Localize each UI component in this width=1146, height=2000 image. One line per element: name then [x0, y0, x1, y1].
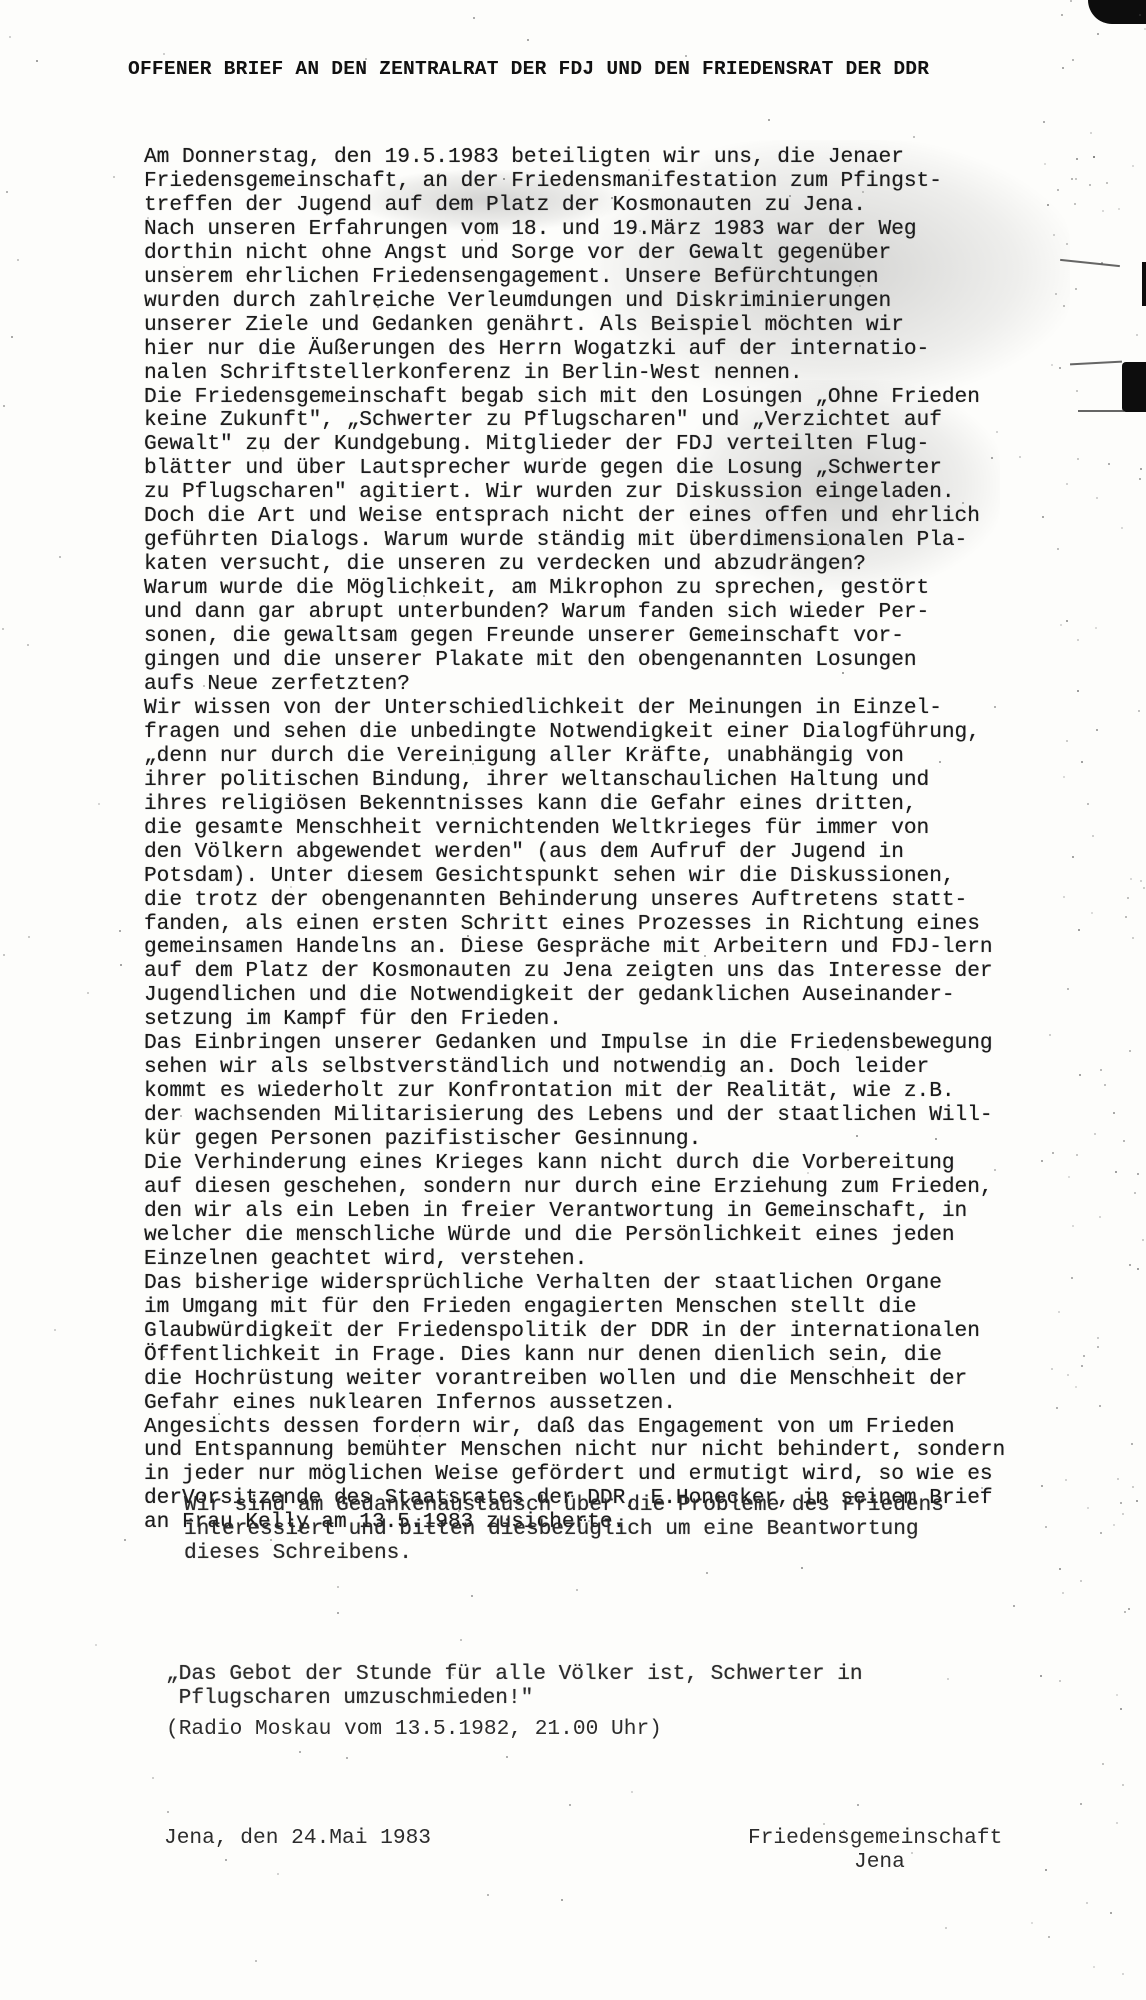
scan-speckle [1086, 1902, 1088, 1904]
scan-speckle [631, 1791, 633, 1793]
scan-speckle [1080, 1803, 1082, 1805]
body-text-line: dorthin nicht ohne Angst und Sorge vor d… [144, 242, 1124, 266]
scan-speckle [17, 259, 19, 261]
scan-speckle [1090, 132, 1092, 134]
closing-text-line: interessiert und bitten diesbezüglich um… [184, 1517, 944, 1541]
body-text-line: Warum wurde die Möglichkeit, am Mikropho… [144, 577, 1124, 601]
body-text-line: ihres religiösen Bekenntnisses kann die … [144, 793, 1124, 817]
body-text-line: Einzelnen geachtet wird, verstehen. [144, 1248, 1124, 1272]
closing-text-line: dieses Schreibens. [184, 1541, 944, 1565]
body-text-line: blätter und über Lautsprecher wurde gege… [144, 457, 1124, 481]
scan-speckle [1062, 1592, 1064, 1594]
body-text-line: Jugendlichen und die Notwendigkeit der g… [144, 984, 1124, 1008]
scan-speckle [1122, 1784, 1124, 1786]
closing-text-line: Wir sind am Gedankenaustausch über die P… [184, 1493, 944, 1517]
scan-speckle [255, 1960, 257, 1962]
quote-text-line: Pflugscharen umzuschmieden!" [166, 1686, 863, 1710]
scan-speckle [28, 936, 30, 938]
body-text-line: unserer Ziele und Gedanken genährt. Als … [144, 314, 1124, 338]
body-text-line: auf dem Platz der Kosmonauten zu Jena ze… [144, 960, 1124, 984]
body-text-line: Öffentlichkeit in Frage. Dies kann nur d… [144, 1344, 1124, 1368]
scan-speckle [11, 336, 13, 338]
scan-speckle [1131, 1443, 1133, 1445]
body-text-line: Wir wissen von der Unterschiedlichkeit d… [144, 697, 1124, 721]
scan-speckle [98, 803, 100, 805]
body-text-line: ihrer politischen Bindung, ihrer weltans… [144, 769, 1124, 793]
scan-speckle [1125, 916, 1127, 918]
scan-speckle [460, 1639, 462, 1641]
scan-speckle [527, 39, 529, 41]
scan-speckle [36, 60, 38, 62]
scan-speckle [1110, 1912, 1112, 1914]
body-text-line: Gefahr eines nuklearen Infernos aussetze… [144, 1392, 1124, 1416]
scan-speckle [27, 644, 29, 646]
body-text-line: sehen wir als selbstverständlich und not… [144, 1056, 1124, 1080]
body-text-line: gingen und die unserer Plakate mit den o… [144, 649, 1124, 673]
scan-speckle [857, 1804, 859, 1806]
scan-speckle [1070, 0, 1072, 2]
scan-edge-mark [1122, 362, 1146, 412]
scan-speckle [1139, 14, 1141, 16]
scan-speckle [1097, 33, 1099, 35]
scan-speckle [59, 556, 61, 558]
body-text-line: Das Einbringen unserer Gedanken und Impu… [144, 1032, 1124, 1056]
body-text-line: kür gegen Personen pazifistischer Gesinn… [144, 1128, 1124, 1152]
scan-speckle [120, 964, 122, 966]
scan-speckle [163, 53, 165, 55]
scan-speckle [1040, 1675, 1042, 1677]
scan-speckle [1139, 478, 1141, 480]
scan-speckle [1140, 468, 1142, 470]
closing-paragraph: Wir sind am Gedankenaustausch über die P… [184, 1493, 944, 1565]
scan-speckle [6, 191, 8, 193]
body-text-line: Nach unseren Erfahrungen vom 18. und 19.… [144, 218, 1124, 242]
scan-speckle [1061, 14, 1063, 16]
scan-edge-mark [1142, 262, 1146, 306]
scan-speckle [124, 1539, 126, 1541]
scan-speckle [768, 119, 770, 121]
body-text-line: auf diesen geschehen, sondern nur durch … [144, 1176, 1124, 1200]
scan-speckle [87, 992, 89, 994]
body-text-line: welcher die menschliche Würde und die Pe… [144, 1224, 1124, 1248]
scan-speckle [473, 17, 475, 19]
scan-speckle [1137, 1268, 1139, 1270]
quote-text-line: „Das Gebot der Stunde für alle Völker is… [166, 1662, 863, 1686]
scan-speckle [1142, 1239, 1144, 1241]
scan-speckle [945, 1927, 947, 1929]
scan-speckle [706, 1572, 708, 1574]
scan-speckle [1132, 937, 1134, 939]
scan-speckle [569, 1804, 571, 1806]
scan-speckle [54, 1329, 56, 1331]
scan-speckle [3, 954, 5, 956]
scan-speckle [1137, 1173, 1139, 1175]
scan-speckle [561, 1899, 563, 1901]
body-text-line: geführten Dialogs. Warum wurde ständig m… [144, 529, 1124, 553]
body-text-line: Angesichts dessen fordern wir, daß das E… [144, 1416, 1124, 1440]
quote-source: (Radio Moskau vom 13.5.1982, 21.00 Uhr) [166, 1717, 662, 1741]
scan-speckle [337, 1586, 339, 1588]
body-text-line: fanden, als einen ersten Schritt eines P… [144, 913, 1124, 937]
scan-speckle [119, 930, 121, 932]
scan-speckle [913, 136, 915, 138]
scan-speckle [1043, 121, 1045, 123]
scan-speckle [1127, 897, 1129, 899]
scan-speckle [1102, 1763, 1104, 1765]
body-text-line: die trotz der obengenannten Behinderung … [144, 889, 1124, 913]
scan-speckle [1059, 1568, 1061, 1570]
body-text-line: den wir als ein Leben in freier Verantwo… [144, 1200, 1124, 1224]
scan-speckle [1059, 1680, 1061, 1682]
body-text-line: keine Zukunft", „Schwerter zu Pflugschar… [144, 409, 1124, 433]
body-text-line: Glaubwürdigkeit der Friedenspolitik der … [144, 1320, 1124, 1344]
scan-speckle [1134, 1192, 1136, 1194]
scan-speckle [1132, 1486, 1134, 1488]
body-text-line: in jeder nur möglichen Weise gefördert u… [144, 1463, 1124, 1487]
body-text-line: wurden durch zahlreiche Verleumdungen un… [144, 290, 1124, 314]
scan-speckle [506, 1756, 508, 1758]
body-text-line: den Völkern abgewendet werden" (aus dem … [144, 841, 1124, 865]
body-text-line: treffen der Jugend auf dem Platz der Kos… [144, 194, 1124, 218]
body-text-line: setzung im Kampf für den Frieden. [144, 1008, 1124, 1032]
body-text-line: Potsdam). Unter diesem Gesichtspunkt seh… [144, 865, 1124, 889]
scan-speckle [1013, 1605, 1015, 1607]
body-text-line: Friedensgemeinschaft, an der Friedensman… [144, 170, 1124, 194]
scan-speckle [167, 1811, 169, 1813]
scan-speckle [576, 1589, 578, 1591]
scan-speckle [1120, 1708, 1122, 1710]
body-text-line: unserem ehrlichen Friedensengagement. Un… [144, 266, 1124, 290]
scan-speckle [1093, 1966, 1095, 1968]
scan-speckle [299, 1751, 301, 1753]
body-text-line: gemeinsamen Handelns an. Diese Gespräche… [144, 936, 1124, 960]
scan-speckle [1140, 880, 1142, 882]
body-text-line: Doch die Art und Weise entsprach nicht d… [144, 505, 1124, 529]
body-text-line: Das bisherige widersprüchliche Verhalten… [144, 1272, 1124, 1296]
body-text-line: Die Verhinderung eines Krieges kann nich… [144, 1152, 1124, 1176]
body-text-line: zu Pflugscharen" agitiert. Wir wurden zu… [144, 481, 1124, 505]
scan-speckle [337, 1612, 339, 1614]
scan-speckle [1116, 1694, 1118, 1696]
body-text-line: Am Donnerstag, den 19.5.1983 beteiligten… [144, 146, 1124, 170]
body-text-line: aufs Neue zerfetzten? [144, 673, 1124, 697]
body-text-line: sonen, die gewaltsam gegen Freunde unser… [144, 625, 1124, 649]
scan-speckle [1132, 165, 1134, 167]
scan-speckle [2, 628, 4, 630]
body-text-line: katen versucht, die unseren zu verdecken… [144, 553, 1124, 577]
scan-speckle [152, 1777, 154, 1779]
place-and-date: Jena, den 24.Mai 1983 [164, 1826, 431, 1850]
scan-speckle [1138, 710, 1140, 712]
body-text-line: und dann gar abrupt unterbunden? Warum f… [144, 601, 1124, 625]
scan-speckle [1124, 1611, 1126, 1613]
body-text-line: hier nur die Äußerungen des Herrn Wogatz… [144, 338, 1124, 362]
body-text-line: die Hochrüstung weiter vorantreiben woll… [144, 1368, 1124, 1392]
scan-speckle [947, 1678, 949, 1680]
signature: Friedensgemeinschaft Jena [748, 1826, 1048, 1874]
scan-speckle [487, 1894, 489, 1896]
scan-speckle [1129, 1264, 1131, 1266]
scan-edge-mark [1088, 0, 1146, 24]
scan-speckle [1031, 1922, 1033, 1924]
letter-title: OFFENER BRIEF AN DEN ZENTRALRAT DER FDJ … [128, 58, 1108, 80]
scan-speckle [471, 1595, 473, 1597]
scan-speckle [1048, 1936, 1050, 1938]
body-text-line: Gewalt" zu der Kundgebung. Mitglieder de… [144, 433, 1124, 457]
body-text-line: „denn nur durch die Vereinigung aller Kr… [144, 745, 1124, 769]
scan-speckle [823, 1823, 825, 1825]
body-text-line: im Umgang mit für den Frieden engagierte… [144, 1296, 1124, 1320]
body-text-line: die gesamte Menschheit vernichtenden Wel… [144, 817, 1124, 841]
body-text-line: kommt es wiederholt zur Konfrontation mi… [144, 1080, 1124, 1104]
signature-organization: Friedensgemeinschaft [748, 1826, 1048, 1850]
body-text-line: Die Friedensgemeinschaft begab sich mit … [144, 386, 1124, 410]
body-text-line: nalen Schriftstellerkonferenz in Berlin-… [144, 362, 1124, 386]
scan-speckle [113, 176, 115, 178]
scan-speckle [1129, 1050, 1131, 1052]
body-text-line: und Entspannung bemühter Menschen nicht … [144, 1439, 1124, 1463]
scan-speckle [1128, 1608, 1130, 1610]
scan-speckle [225, 1859, 227, 1861]
scan-speckle [95, 1644, 97, 1646]
body-text-line: der wachsenden Militarisierung des Leben… [144, 1104, 1124, 1128]
body-text-line: fragen und sehen die unbedingte Notwendi… [144, 721, 1124, 745]
scan-speckle [1136, 1500, 1138, 1502]
scan-speckle [277, 1873, 279, 1875]
scan-speckle [1116, 1822, 1118, 1824]
quote: „Das Gebot der Stunde für alle Völker is… [166, 1662, 863, 1710]
scan-speckle [801, 1567, 803, 1569]
scan-speckle [9, 36, 11, 38]
scan-speckle [1130, 878, 1132, 880]
scan-speckle [1143, 887, 1145, 889]
signature-city: Jena [748, 1850, 1048, 1874]
letter-body: Am Donnerstag, den 19.5.1983 beteiligten… [144, 146, 1124, 1535]
scan-speckle [1136, 334, 1138, 336]
scan-speckle [346, 1757, 348, 1759]
scan-speckle [1122, 1973, 1124, 1975]
scan-speckle [1080, 1580, 1082, 1582]
scan-speckle [3, 405, 5, 407]
scanned-page: OFFENER BRIEF AN DEN ZENTRALRAT DER FDJ … [0, 0, 1146, 2000]
